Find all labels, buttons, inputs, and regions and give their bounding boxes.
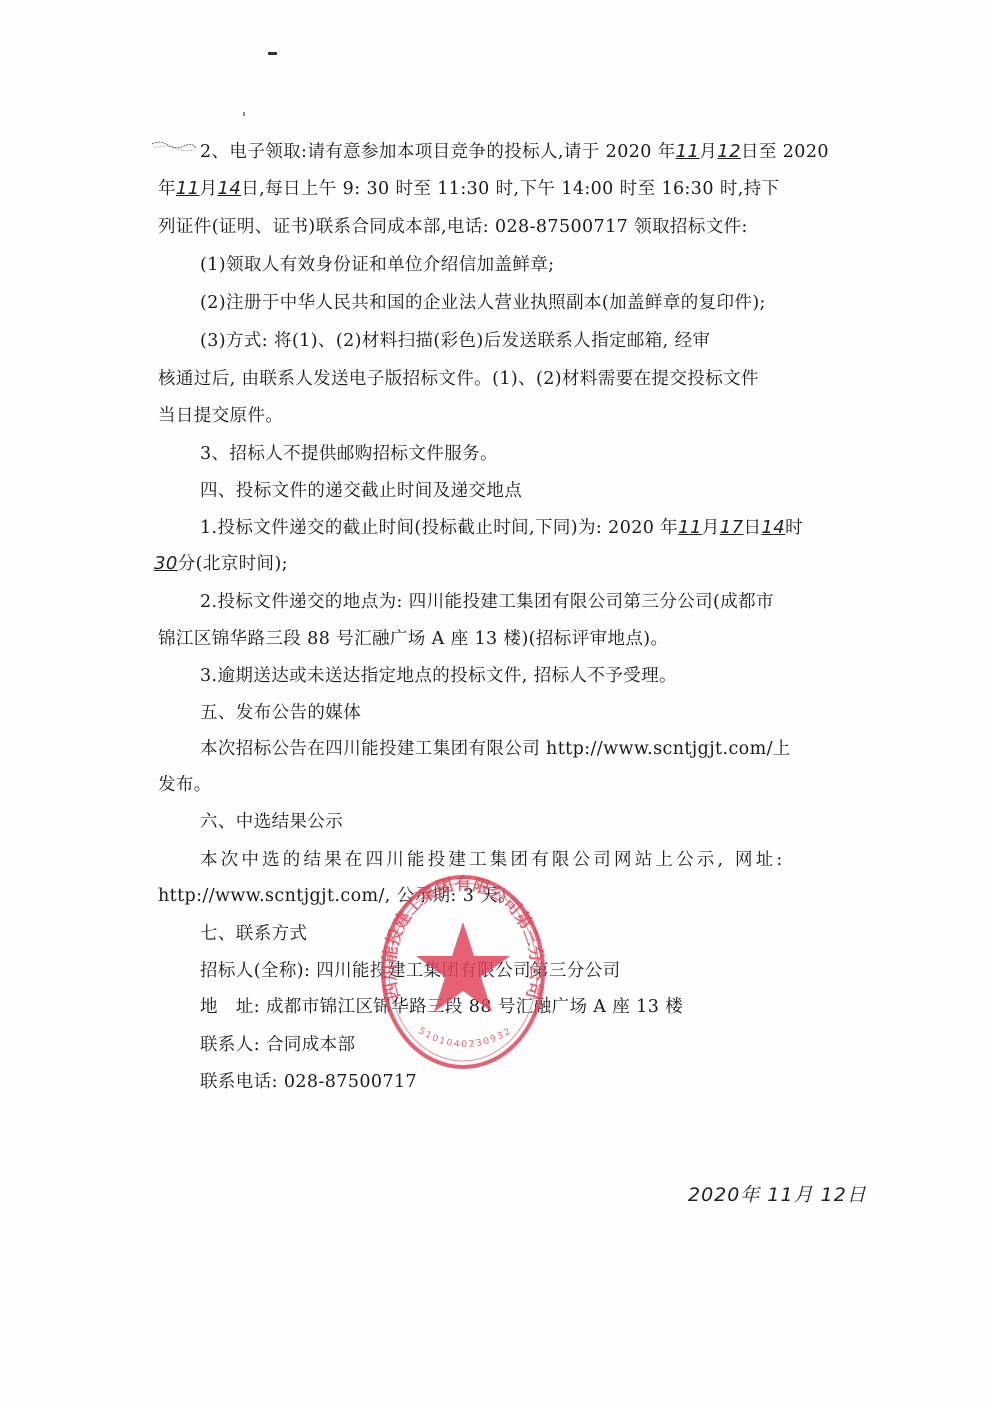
requirement-item-1: (1)领取人有效身份证和单位介绍信加盖鲜章; <box>200 254 554 276</box>
handwritten-signature-date: 2020年 11月 12日 <box>688 1180 867 1207</box>
svg-text:5101040230932: 5101040230932 <box>416 1026 514 1050</box>
handwritten-day: 12 <box>717 141 741 162</box>
handwritten-day: 14 <box>218 178 242 199</box>
paragraph-electronic-collection-line-3: 列证件(证明、证书)联系合同成本部,电话: 028-87500717 领取招标文… <box>158 216 748 238</box>
requirement-item-3-line-2: 核通过后, 由联系人发送电子版招标文件。(1)、(2)材料需要在提交投标文件 <box>158 368 759 390</box>
paragraph-electronic-collection-line-2: 年11月14日,每日上午 9: 30 时至 11:30 时,下午 14:00 时… <box>158 178 780 200</box>
company-seal-stamp: 四川能投建工集团有限公司第三分公司 5101040230932 <box>378 872 548 1072</box>
contact-phone: 联系电话: 028-87500717 <box>200 1071 417 1093</box>
section-heading-4: 四、投标文件的递交截止时间及递交地点 <box>200 480 522 502</box>
deadline-line-2: 30分(北京时间); <box>154 553 288 575</box>
section-heading-5: 五、发布公告的媒体 <box>200 702 361 724</box>
requirement-item-2: (2)注册于中华人民共和国的企业法人营业执照副本(加盖鲜章的复印件); <box>200 292 766 314</box>
handwritten-hour: 14 <box>761 517 785 538</box>
scanned-document-page: 2、电子领取:请有意参加本项目竞争的投标人,请于 2020 年11月12日至 2… <box>0 0 992 1402</box>
handwritten-month: 11 <box>176 178 200 199</box>
publication-media-line-1: 本次招标公告在四川能投建工集团有限公司 http://www.scntjgjt.… <box>200 738 791 760</box>
requirement-item-3-line-1: (3)方式: 将(1)、(2)材料扫描(彩色)后发送联系人指定邮箱, 经审 <box>200 330 710 352</box>
handwritten-day: 17 <box>720 517 744 538</box>
paragraph-electronic-collection-line-1: 2、电子领取:请有意参加本项目竞争的投标人,请于 2020 年11月12日至 2… <box>200 141 829 163</box>
submission-location-line-2: 锦江区锦华路三段 88 号汇融广场 A 座 13 楼)(招标评审地点)。 <box>158 628 668 650</box>
scan-speck <box>268 52 277 55</box>
star-icon <box>416 922 510 1012</box>
scan-artifact-mark <box>150 138 198 152</box>
handwritten-month: 11 <box>678 517 702 538</box>
contact-person: 联系人: 合同成本部 <box>200 1034 355 1056</box>
handwritten-month: 11 <box>676 141 700 162</box>
handwritten-minute: 30 <box>154 553 178 574</box>
requirement-item-3-line-3: 当日提交原件。 <box>158 405 283 427</box>
publication-media-line-2: 发布。 <box>158 774 212 796</box>
deadline-line-1: 1.投标文件递交的截止时间(投标截止时间,下同)为: 2020 年11月17日1… <box>200 517 803 539</box>
submission-location-line-1: 2.投标文件递交的地点为: 四川能投建工集团有限公司第三分公司(成都市 <box>200 591 774 613</box>
section-heading-7: 七、联系方式 <box>200 923 307 945</box>
section-heading-6: 六、中选结果公示 <box>200 811 343 833</box>
late-submission-note: 3.逾期送达或未送达指定地点的投标文件, 招标人不予受理。 <box>200 665 677 687</box>
scan-speck <box>243 112 245 116</box>
result-publicity-line-1: 本次中选的结果在四川能投建工集团有限公司网站上公示, 网址: <box>200 849 786 871</box>
no-mail-order-note: 3、招标人不提供邮购招标文件服务。 <box>200 443 498 465</box>
